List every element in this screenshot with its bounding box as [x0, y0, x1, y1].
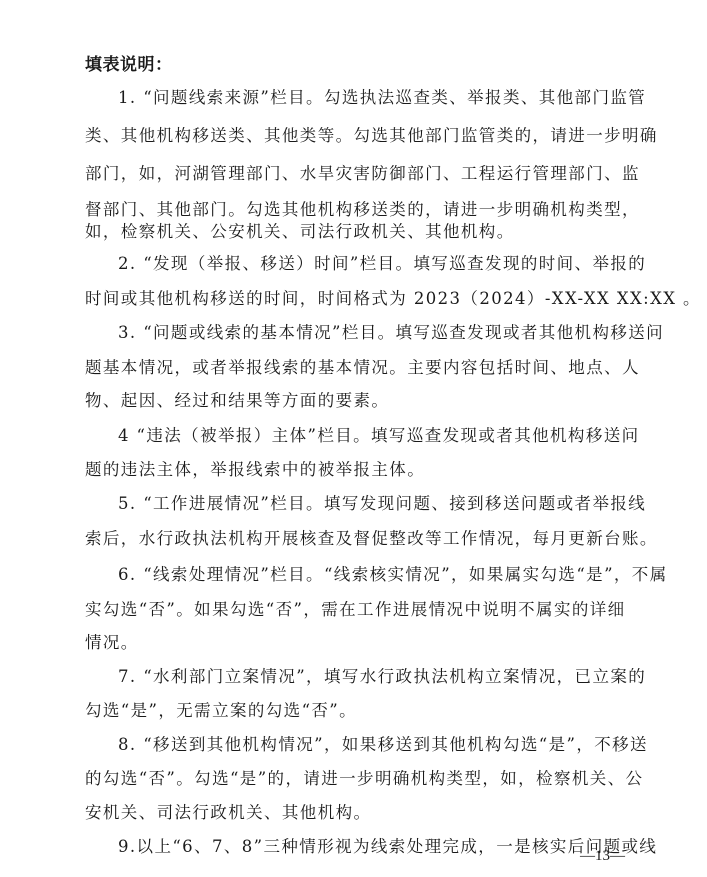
paragraph-line: 时间或其他机构移送的时间，时间格式为 2023（2024）-XX-XX XX:X… — [85, 288, 625, 310]
paragraph-line: 情况。 — [85, 632, 625, 654]
paragraph-line: 2. “发现（举报、移送）时间”栏目。填写巡查发现的时间、举报的 — [118, 253, 658, 275]
paragraph-line: 1. “问题线索来源”栏目。勾选执法巡查类、举报类、其他部门监管 — [118, 87, 658, 109]
paragraph-line: 索后，水行政执法机构开展核查及督促整改等工作情况，每月更新台账。 — [85, 528, 625, 550]
paragraph-line: 题基本情况，或者举报线索的基本情况。主要内容包括时间、地点、人 — [85, 357, 625, 379]
paragraph-line: 6. “线索处理情况”栏目。“线索核实情况”，如果属实勾选“是”，不属 — [118, 564, 658, 586]
paragraph-line: 题的违法主体，举报线索中的被举报主体。 — [85, 459, 625, 481]
paragraph-line: 勾选“是”，无需立案的勾选“否”。 — [85, 700, 625, 722]
paragraph-line: 的勾选“否”。勾选“是”的，请进一步明确机构类型，如，检察机关、公 — [85, 768, 625, 790]
paragraph-line: 7. “水利部门立案情况”，填写水行政执法机构立案情况，已立案的 — [118, 666, 658, 688]
paragraph-line: 物、起因、经过和结果等方面的要素。 — [85, 390, 625, 412]
paragraph-line: 3. “问题或线索的基本情况”栏目。填写巡查发现或者其他机构移送问 — [118, 322, 658, 344]
paragraph-line: 8. “移送到其他机构情况”，如果移送到其他机构勾选“是”，不移送 — [118, 734, 658, 756]
paragraph-line: 如，检察机关、公安机关、司法行政机关、其他机构。 — [85, 221, 625, 243]
section-heading: 填表说明： — [85, 50, 173, 75]
paragraph-line: 部门，如，河湖管理部门、水旱灾害防御部门、工程运行管理部门、监 — [85, 163, 625, 185]
paragraph-line: 9.以上“6、7、8”三种情形视为线索处理完成，一是核实后问题或线 — [118, 836, 658, 858]
paragraph-line: 类、其他机构移送类、其他类等。勾选其他部门监管类的，请进一步明确 — [85, 125, 625, 147]
paragraph-line: 5. “工作进展情况”栏目。填写发现问题、接到移送问题或者举报线 — [118, 493, 658, 515]
paragraph-line: 督部门、其他部门。勾选其他机构移送类的，请进一步明确机构类型， — [85, 199, 625, 221]
paragraph-line: 安机关、司法行政机关、其他机构。 — [85, 802, 625, 824]
paragraph-line: 4 “违法（被举报）主体”栏目。填写巡查发现或者其他机构移送问 — [118, 425, 658, 447]
paragraph-line: 实勾选“否”。如果勾选“否”，需在工作进展情况中说明不属实的详细 — [85, 599, 625, 621]
document-page: 填表说明： 1. “问题线索来源”栏目。勾选执法巡查类、举报类、其他部门监管 类… — [0, 0, 707, 877]
page-number: —13— — [580, 848, 625, 865]
